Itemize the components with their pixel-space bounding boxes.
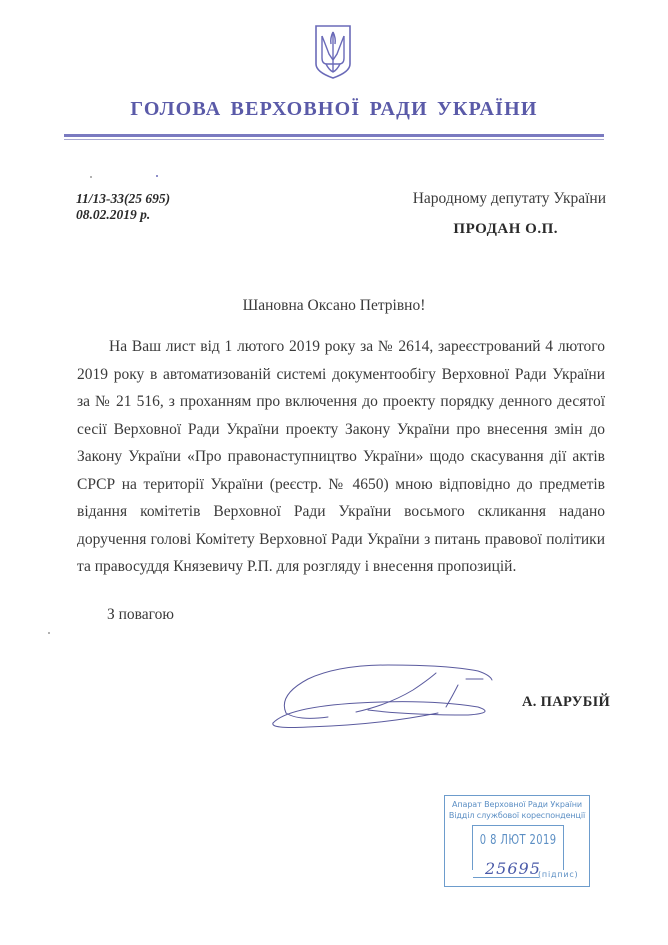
reference-date: 08.02.2019 р. xyxy=(76,207,170,223)
stamp-signature-line xyxy=(473,877,539,878)
letterhead-rule xyxy=(64,134,604,137)
stamp-date: 0 8 ЛЮТ 2019 xyxy=(480,833,557,848)
stamp-organization: Апарат Верховної Ради України xyxy=(445,800,589,809)
registration-stamp: Апарат Верховної Ради України Відділ слу… xyxy=(444,795,590,887)
letter-body: На Ваш лист від 1 лютого 2019 року за № … xyxy=(77,333,605,581)
closing: З повагою xyxy=(107,606,174,624)
scan-speck xyxy=(48,632,50,634)
handwritten-signature xyxy=(268,655,538,735)
greeting: Шановна Оксано Петрівно! xyxy=(0,297,668,315)
reference-block: 11/13-33(25 695) 08.02.2019 р. xyxy=(76,191,170,223)
letterhead-rule-thin xyxy=(64,139,604,140)
scan-speck xyxy=(90,176,92,178)
reference-number: 11/13-33(25 695) xyxy=(76,191,170,207)
letterhead-title: ГОЛОВА ВЕРХОВНОЇ РАДИ УКРАЇНИ xyxy=(0,98,668,121)
stamp-handwritten-number: 25695 xyxy=(485,859,541,878)
scan-speck xyxy=(156,175,158,177)
stamp-signature-label: (підпис) xyxy=(538,870,578,879)
trident-coat-of-arms-icon xyxy=(313,24,353,80)
stamp-department: Відділ службової кореспонденції xyxy=(445,811,589,820)
recipient-position: Народному депутату України xyxy=(413,190,606,208)
recipient-name: ПРОДАН О.П. xyxy=(453,221,558,238)
signer-name: А. ПАРУБІЙ xyxy=(522,694,610,711)
